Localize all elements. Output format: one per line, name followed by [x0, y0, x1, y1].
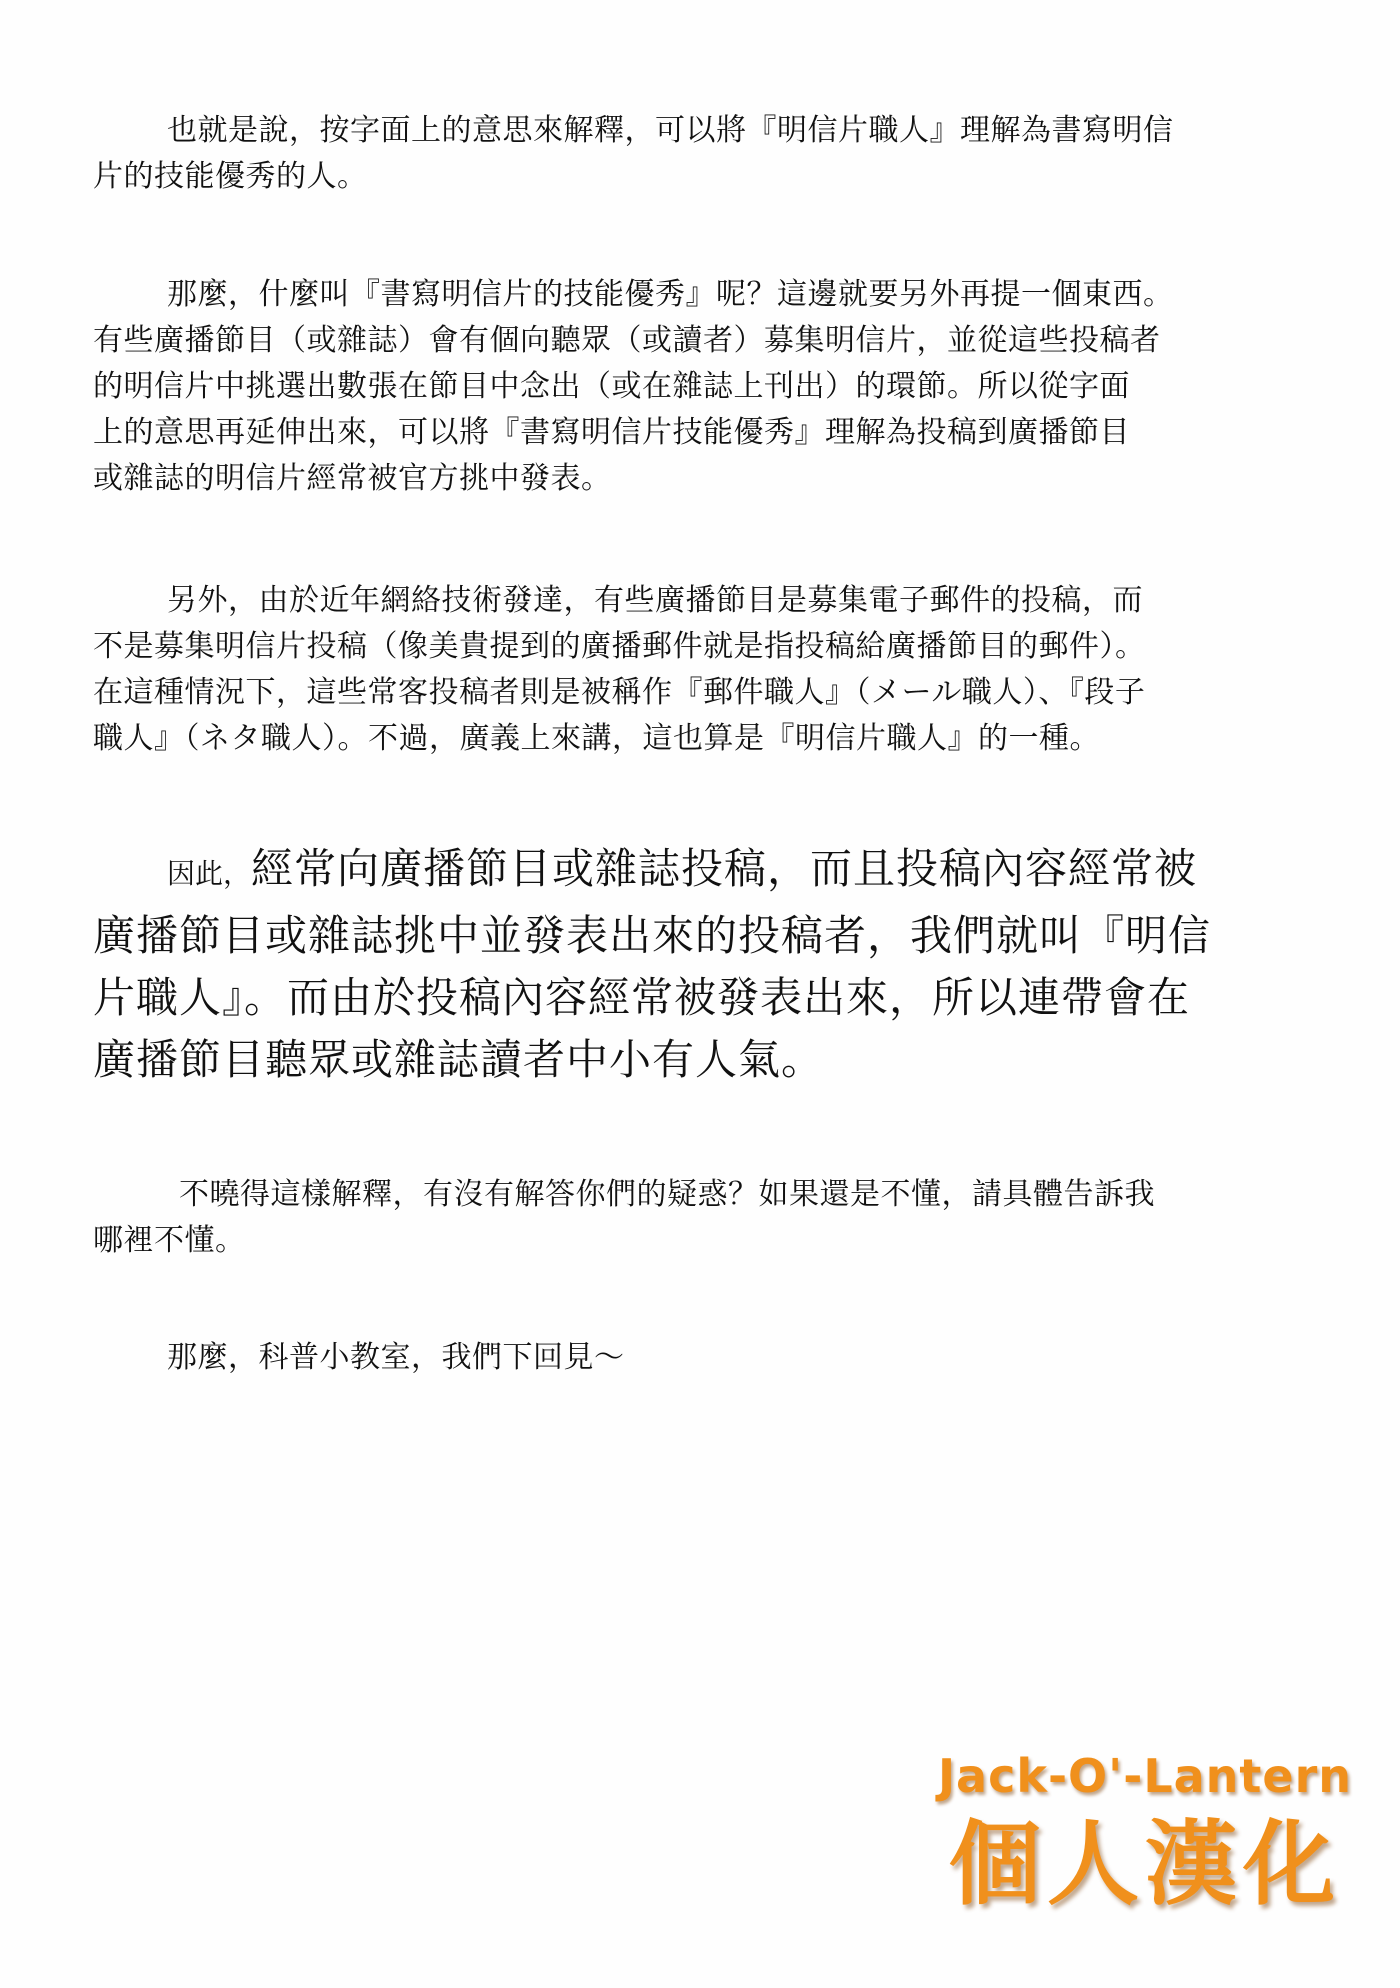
document-page: 也就是說，按字面上的意思來解釋，可以將『明信片職人』理解為書寫明信 片的技能優秀…	[0, 0, 1400, 1988]
text-line: 廣播節目或雜誌挑中並發表出來的投稿者，我們就叫『明信	[93, 905, 1323, 967]
text-line: 有些廣播節目（或雜誌）會有個向聽眾（或讀者）募集明信片，並從這些投稿者	[93, 318, 1323, 364]
text-line: 的明信片中挑選出數張在節目中念出（或在雜誌上刊出）的環節。所以從字面	[93, 364, 1323, 410]
text-line: 因此，經常向廣播節目或雜誌投稿，而且投稿內容經常被	[93, 838, 1323, 905]
text-line: 職人』（ネタ職人）。不過，廣義上來講，這也算是『明信片職人』的一種。	[93, 716, 1323, 762]
text-line: 廣播節目聽眾或雜誌讀者中小有人氣。	[93, 1029, 1323, 1091]
text-line: 不是募集明信片投稿（像美貴提到的廣播郵件就是指投稿給廣播節目的郵件）。	[93, 624, 1323, 670]
paragraph-literal-meaning: 也就是說，按字面上的意思來解釋，可以將『明信片職人』理解為書寫明信 片的技能優秀…	[93, 108, 1323, 200]
text-line: 另外，由於近年網絡技術發達，有些廣播節目是募集電子郵件的投稿，而	[93, 578, 1323, 624]
text-line: 或雜誌的明信片經常被官方挑中發表。	[93, 456, 1323, 502]
lead-text: 因此，	[167, 857, 251, 890]
watermark-group-name: Jack-O'-Lantern	[910, 1748, 1380, 1804]
emphasis-text: 經常向廣播節目或雜誌投稿，而且投稿內容經常被	[251, 844, 1197, 893]
text-line: 哪裡不懂。	[93, 1218, 1323, 1264]
text-line: 片職人』。而由於投稿內容經常被發表出來，所以連帶會在	[93, 967, 1323, 1029]
text-line: 不曉得這樣解釋，有沒有解答你們的疑惑？如果還是不懂，請具體告訴我	[93, 1172, 1323, 1218]
text-line: 在這種情況下，這些常客投稿者則是被稱作『郵件職人』（メール職人）、『段子	[93, 670, 1323, 716]
text-line: 那麼，科普小教室，我們下回見～	[93, 1335, 1323, 1381]
text-line: 上的意思再延伸出來，可以將『書寫明信片技能優秀』理解為投稿到廣播節目	[93, 410, 1323, 456]
paragraph-definition-emphasis: 因此，經常向廣播節目或雜誌投稿，而且投稿內容經常被 廣播節目或雜誌挑中並發表出來…	[93, 838, 1323, 1091]
scanlation-watermark-logo: Jack-O'-Lantern 個人漢化	[910, 1748, 1380, 1928]
text-line: 那麼，什麼叫『書寫明信片的技能優秀』呢？這邊就要另外再提一個東西。	[93, 272, 1323, 318]
text-line: 也就是說，按字面上的意思來解釋，可以將『明信片職人』理解為書寫明信	[93, 108, 1323, 154]
paragraph-postcard-skill: 那麼，什麼叫『書寫明信片的技能優秀』呢？這邊就要另外再提一個東西。 有些廣播節目…	[93, 272, 1323, 502]
paragraph-closing: 那麼，科普小教室，我們下回見～	[93, 1335, 1323, 1381]
watermark-subtitle: 個人漢化	[910, 1810, 1380, 1920]
text-line: 片的技能優秀的人。	[93, 154, 1323, 200]
paragraph-question: 不曉得這樣解釋，有沒有解答你們的疑惑？如果還是不懂，請具體告訴我 哪裡不懂。	[93, 1172, 1323, 1264]
paragraph-email-submissions: 另外，由於近年網絡技術發達，有些廣播節目是募集電子郵件的投稿，而 不是募集明信片…	[93, 578, 1323, 762]
